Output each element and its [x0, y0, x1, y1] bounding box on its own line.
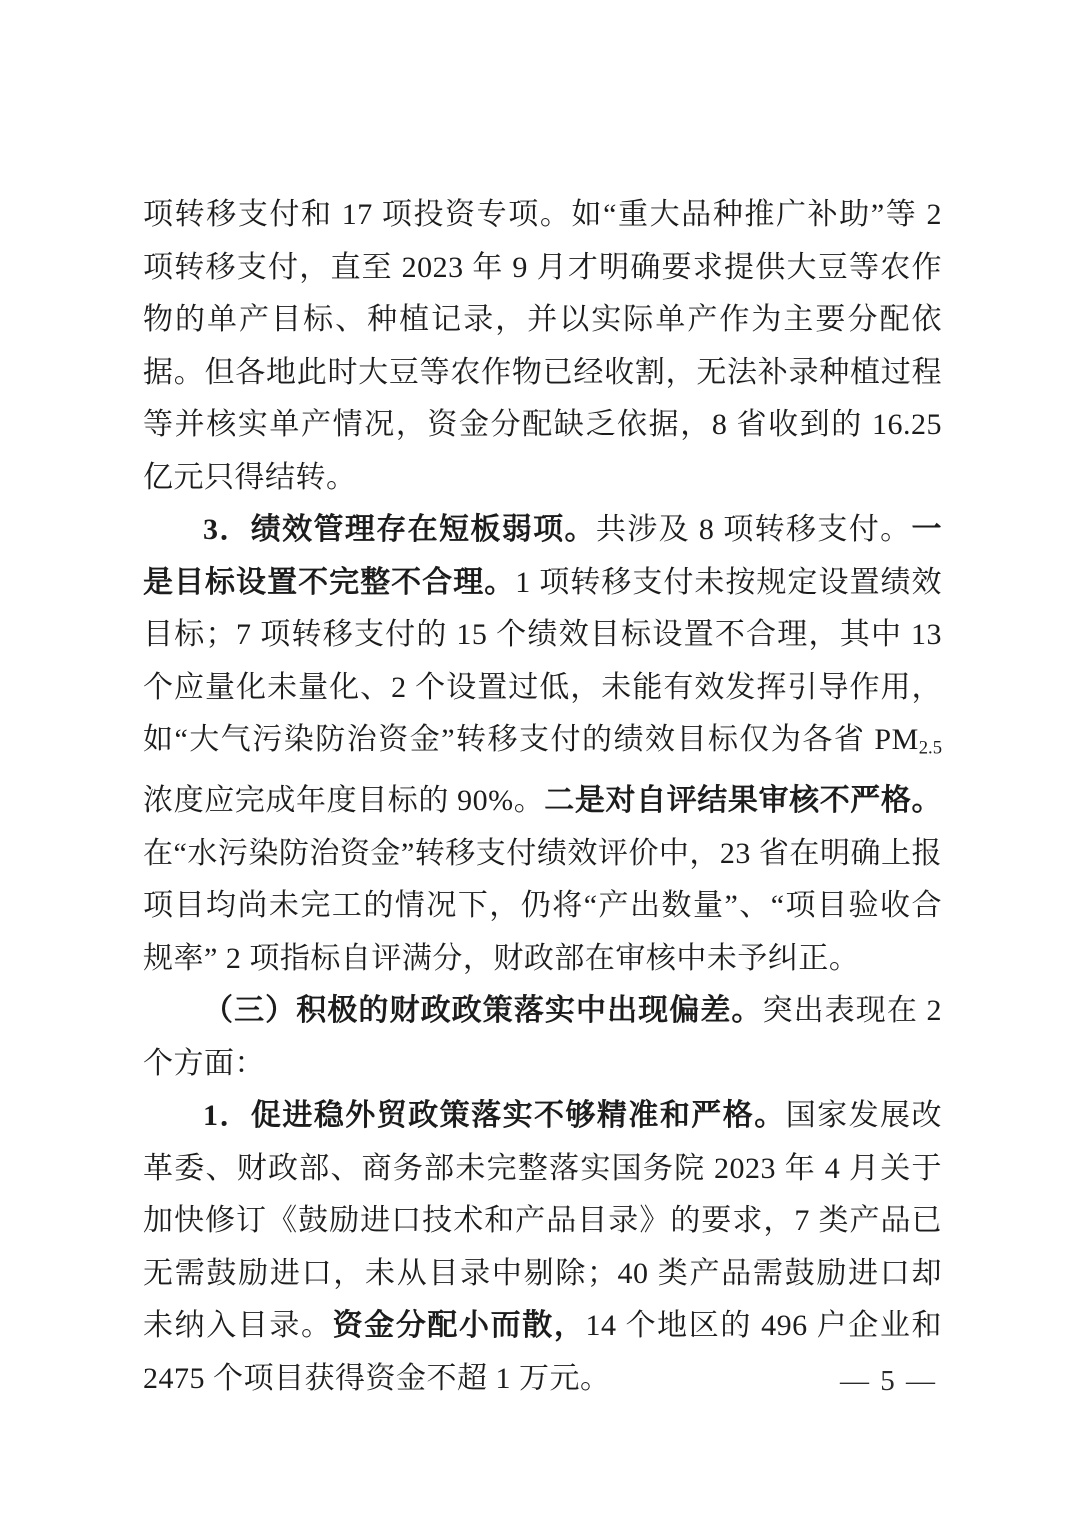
- text-run: 资金分配小而散，: [333, 1309, 586, 1342]
- text-run: 国家发展改革委、财政部、商务部未完整落实国务院 2023 年 4 月关于加快修订…: [143, 1099, 942, 1342]
- paragraph: 3．绩效管理存在短板弱项。共涉及 8 项转移支付。一是目标设置不完整不合理。1 …: [143, 504, 942, 985]
- text-run: （三）积极的财政政策落实中出现偏差。: [203, 994, 763, 1027]
- text-run: 共涉及 8 项转移支付。: [596, 513, 912, 546]
- document-body: 项转移支付和 17 项投资专项。如“重大品种推广补助”等 2 项转移支付，直至 …: [143, 189, 942, 1405]
- paragraph: 项转移支付和 17 项投资专项。如“重大品种推广补助”等 2 项转移支付，直至 …: [143, 189, 942, 504]
- text-run: 浓度应完成年度目标的 90%。: [143, 784, 544, 817]
- text-run: 在“水污染防治资金”转移支付绩效评价中，23 省在明确上报项目均尚未完工的情况下…: [143, 837, 942, 975]
- text-run: 3．绩效管理存在短板弱项。: [203, 513, 596, 546]
- text-run: 二是对自评结果审核不严格。: [544, 784, 942, 817]
- page-number: — 5 —: [840, 1365, 937, 1398]
- subscript-text-run: 2.5: [919, 738, 942, 759]
- paragraph: （三）积极的财政政策落实中出现偏差。突出表现在 2 个方面：: [143, 985, 942, 1090]
- paragraph: 1．促进稳外贸政策落实不够精准和严格。国家发展改革委、财政部、商务部未完整落实国…: [143, 1090, 942, 1405]
- document-page: 项转移支付和 17 项投资专项。如“重大品种推广补助”等 2 项转移支付，直至 …: [0, 0, 1080, 1527]
- text-run: 项转移支付和 17 项投资专项。如“重大品种推广补助”等 2 项转移支付，直至 …: [143, 198, 942, 494]
- text-run: 1．促进稳外贸政策落实不够精准和严格。: [203, 1099, 786, 1132]
